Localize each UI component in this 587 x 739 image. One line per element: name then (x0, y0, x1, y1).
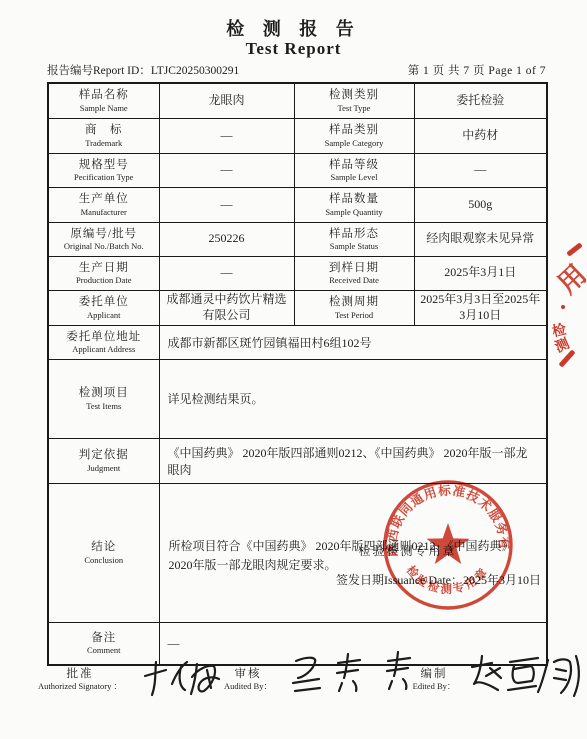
value-test-type: 委托检验 (414, 83, 547, 118)
value-test-items: 详见检测结果页。 (159, 359, 547, 438)
seal-fragment-stroke (558, 349, 575, 367)
value-sample-name: 龙眼肉 (159, 83, 294, 118)
label-conclusion: 结论Conclusion (48, 483, 159, 622)
value-trademark: — (159, 118, 294, 153)
issue-date: 签发日期Issuance Date：2025年3月10日 (336, 571, 541, 588)
audit-label: 审核Audited By： (216, 667, 280, 692)
label-manufacturer: 生产单位Manufacturer (48, 187, 159, 222)
value-received-date: 2025年3月1日 (414, 256, 547, 290)
report-meta-line: 报告编号Report ID：LTJC20250300291 第 1 页 共 7 … (47, 62, 546, 78)
edit-label: 编制Edited By： (404, 667, 464, 692)
table-row: 检测项目Test Items 详见检测结果页。 (48, 359, 547, 438)
report-title-cn: 检 测 报 告 (0, 15, 587, 41)
value-sample-status: 经肉眼观察未见异常 (414, 222, 547, 256)
approve-label: 批准Authorized Signatory ： (28, 667, 132, 692)
value-sample-level: — (414, 153, 547, 187)
value-applicant: 成都通灵中药饮片精选有限公司 (159, 290, 294, 325)
value-applicant-address: 成都市新都区斑竹园镇福田村6组102号 (159, 325, 547, 359)
value-specification: — (159, 153, 294, 187)
label-received-date: 到样日期Received Date (294, 256, 414, 290)
value-batch-no: 250226 (159, 222, 294, 256)
label-sample-name: 样品名称Sample Name (48, 83, 159, 118)
label-batch-no: 原编号/批号Original No./Batch No. (48, 222, 159, 256)
table-row: 生产日期Production Date — 到样日期Received Date … (48, 256, 547, 290)
report-title-en: Test Report (0, 39, 587, 59)
seal-fragment-char: 用 (547, 254, 587, 301)
value-manufacturer: — (159, 187, 294, 222)
test-report-page: 检 测 报 告 Test Report 报告编号Report ID：LTJC20… (0, 0, 587, 739)
label-sample-category: 样品类别Sample Category (294, 118, 414, 153)
value-production-date: — (159, 256, 294, 290)
table-row: 判定依据Judgment 《中国药典》 2020年版四部通则0212、《中国药典… (48, 438, 547, 483)
table-row: 结论Conclusion 所检项目符合《中国药典》 2020年版四部通则0212… (48, 483, 547, 622)
seal-caption-text: 检验检测专用章 (308, 542, 508, 559)
label-applicant-address: 委托单位地址Applicant Address (48, 325, 159, 359)
report-table: 样品名称Sample Name 龙眼肉 检测类别Test Type 委托检验 商… (47, 82, 548, 666)
table-row: 商 标Trademark — 样品类别Sample Category 中药材 (48, 118, 547, 153)
table-row: 委托单位Applicant 成都通灵中药饮片精选有限公司 检测周期Test Pe… (48, 290, 547, 325)
label-specification: 规格型号Pecification Type (48, 153, 159, 187)
value-sample-quantity: 500g (414, 187, 547, 222)
report-id: 报告编号Report ID：LTJC20250300291 (47, 62, 239, 78)
table-row: 规格型号Pecification Type — 样品等级Sample Level… (48, 153, 547, 187)
value-sample-category: 中药材 (414, 118, 547, 153)
table-row: 生产单位Manufacturer — 样品数量Sample Quantity 5… (48, 187, 547, 222)
label-applicant: 委托单位Applicant (48, 290, 159, 325)
label-sample-level: 样品等级Sample Level (294, 153, 414, 187)
label-test-type: 检测类别Test Type (294, 83, 414, 118)
value-conclusion: 所检项目符合《中国药典》 2020年版四部通则0212、《中国药典》 2020年… (159, 483, 547, 622)
label-judgment: 判定依据Judgment (48, 438, 159, 483)
seal-fragment-char: 检 (550, 319, 568, 341)
page-number: 第 1 页 共 7 页 Page 1 of 7 (408, 62, 546, 78)
table-row: 委托单位地址Applicant Address 成都市新都区斑竹园镇福田村6组1… (48, 325, 547, 359)
label-trademark: 商 标Trademark (48, 118, 159, 153)
signature-edited (468, 650, 586, 706)
seal-fragment-dot (561, 305, 565, 309)
label-test-items: 检测项目Test Items (48, 359, 159, 438)
table-row: 原编号/批号Original No./Batch No. 250226 样品形态… (48, 222, 547, 256)
seal-fragment-char: 测 (552, 333, 573, 357)
label-sample-quantity: 样品数量Sample Quantity (294, 187, 414, 222)
label-production-date: 生产日期Production Date (48, 256, 159, 290)
label-sample-status: 样品形态Sample Status (294, 222, 414, 256)
seal-fragment-stroke (566, 242, 582, 256)
value-judgment: 《中国药典》 2020年版四部通则0212、《中国药典》 2020年版一部龙眼肉 (159, 438, 547, 483)
label-test-period: 检测周期Test Period (294, 290, 414, 325)
value-test-period: 2025年3月3日至2025年3月10日 (414, 290, 547, 325)
table-row: 样品名称Sample Name 龙眼肉 检测类别Test Type 委托检验 (48, 83, 547, 118)
